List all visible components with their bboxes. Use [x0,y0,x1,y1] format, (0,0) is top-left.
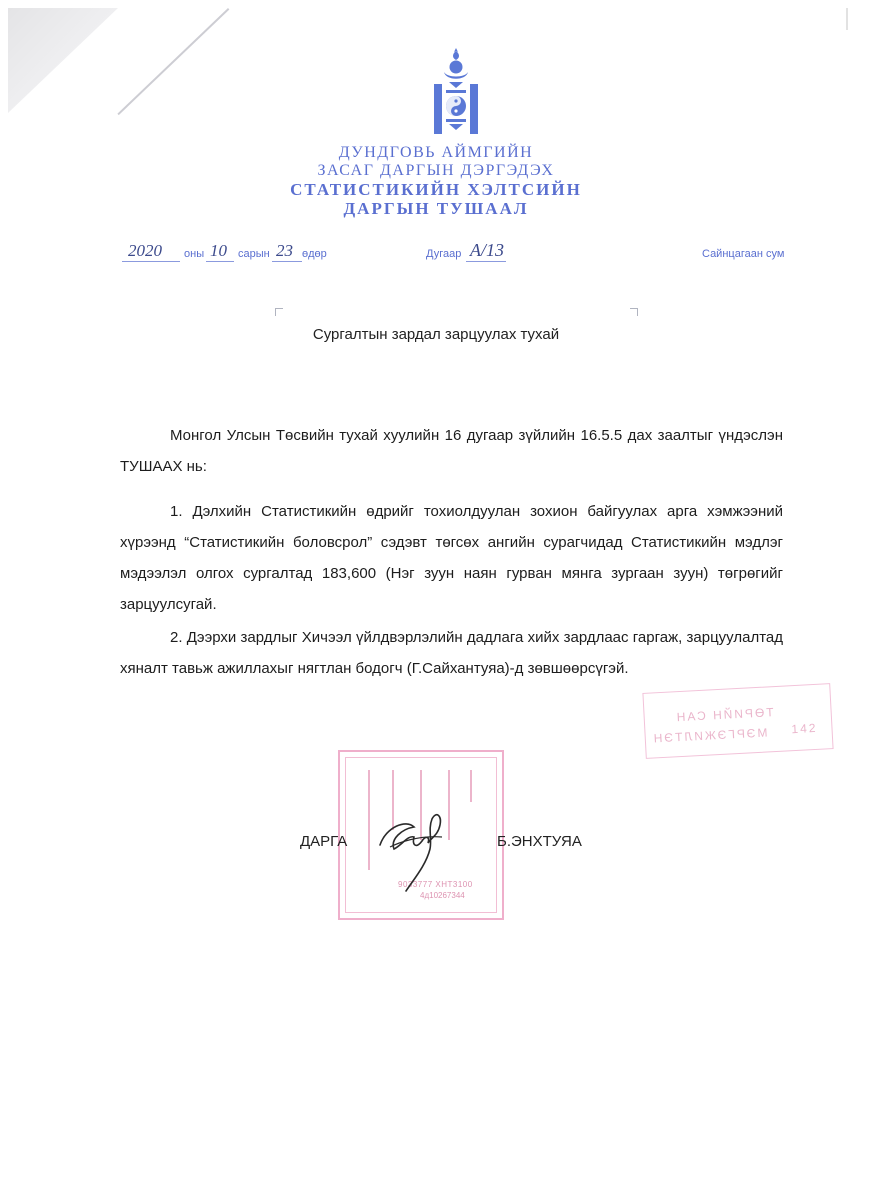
month-label: сарын [238,248,270,260]
signatory-role: ДАРГА [300,833,347,850]
header-document-type: ДАРГЫН ТУШААЛ [0,199,872,218]
order-item-2: 2. Дээрхи зардлыг Хичээл үйлдвэрлэлийн д… [120,622,783,684]
intro-text: Монгол Улсын Төсвийн тухай хуулийн 16 ду… [120,427,783,475]
scan-edge-mark [846,8,848,30]
number-label: Дугаар [426,248,461,260]
seal-script-column [368,770,370,870]
seal-script-column [470,770,472,802]
signatory-name: Б.ЭНХТУЯА [497,833,582,850]
header-aimag: ДУНДГОВЬ АЙМГИЙН [0,144,872,162]
subject-bracket-right [630,308,638,316]
treasury-stamp-line1: ТӨРИЙН САН [674,705,774,724]
number-value: А/13 [470,240,504,261]
year-field: 2020 [122,239,180,262]
treasury-stamp-line2: МЭРГЭЖИЛТЭН [651,725,767,745]
treasury-stamp: ТӨРИЙН САН МЭРГЭЖИЛТЭН 142 [642,683,833,759]
order-item-1-text: 1. Дэлхийн Статистикийн өдрийг тохиолдуу… [120,503,783,613]
year-value: 2020 [128,241,162,261]
intro-paragraph: Монгол Улсын Төсвийн тухай хуулийн 16 ду… [120,420,783,482]
day-label: өдөр [302,248,327,260]
page-corner-fold [8,8,118,113]
header-governor: ЗАСАГ ДАРГЫН ДЭРГЭДЭХ [0,162,872,180]
order-item-1: 1. Дэлхийн Статистикийн өдрийг тохиолдуу… [120,496,783,620]
day-value: 23 [276,241,293,261]
number-field: А/13 [466,239,506,262]
year-label: оны [184,248,204,260]
document-subject: Сургалтын зардал зарцуулах тухай [0,326,872,343]
document-meta-row: 2020 оны 10 сарын 23 өдөр Дугаар А/13 Са… [0,240,872,268]
soyombo-emblem-icon [432,48,480,136]
handwritten-signature [372,805,462,895]
day-field: 23 [272,239,302,262]
order-item-2-text: 2. Дээрхи зардлыг Хичээл үйлдвэрлэлийн д… [120,629,783,677]
month-field: 10 [206,239,234,262]
page-fold-edge [117,8,229,115]
subject-bracket-left [275,308,283,316]
treasury-stamp-number: 142 [791,721,818,736]
letterhead: ДУНДГОВЬ АЙМГИЙН ЗАСАГ ДАРГЫН ДЭРГЭДЭХ С… [0,144,872,218]
header-department: СТАТИСТИКИЙН ХЭЛТСИЙН [0,180,872,199]
month-value: 10 [210,241,227,261]
location: Сайнцагаан сум [702,248,784,260]
